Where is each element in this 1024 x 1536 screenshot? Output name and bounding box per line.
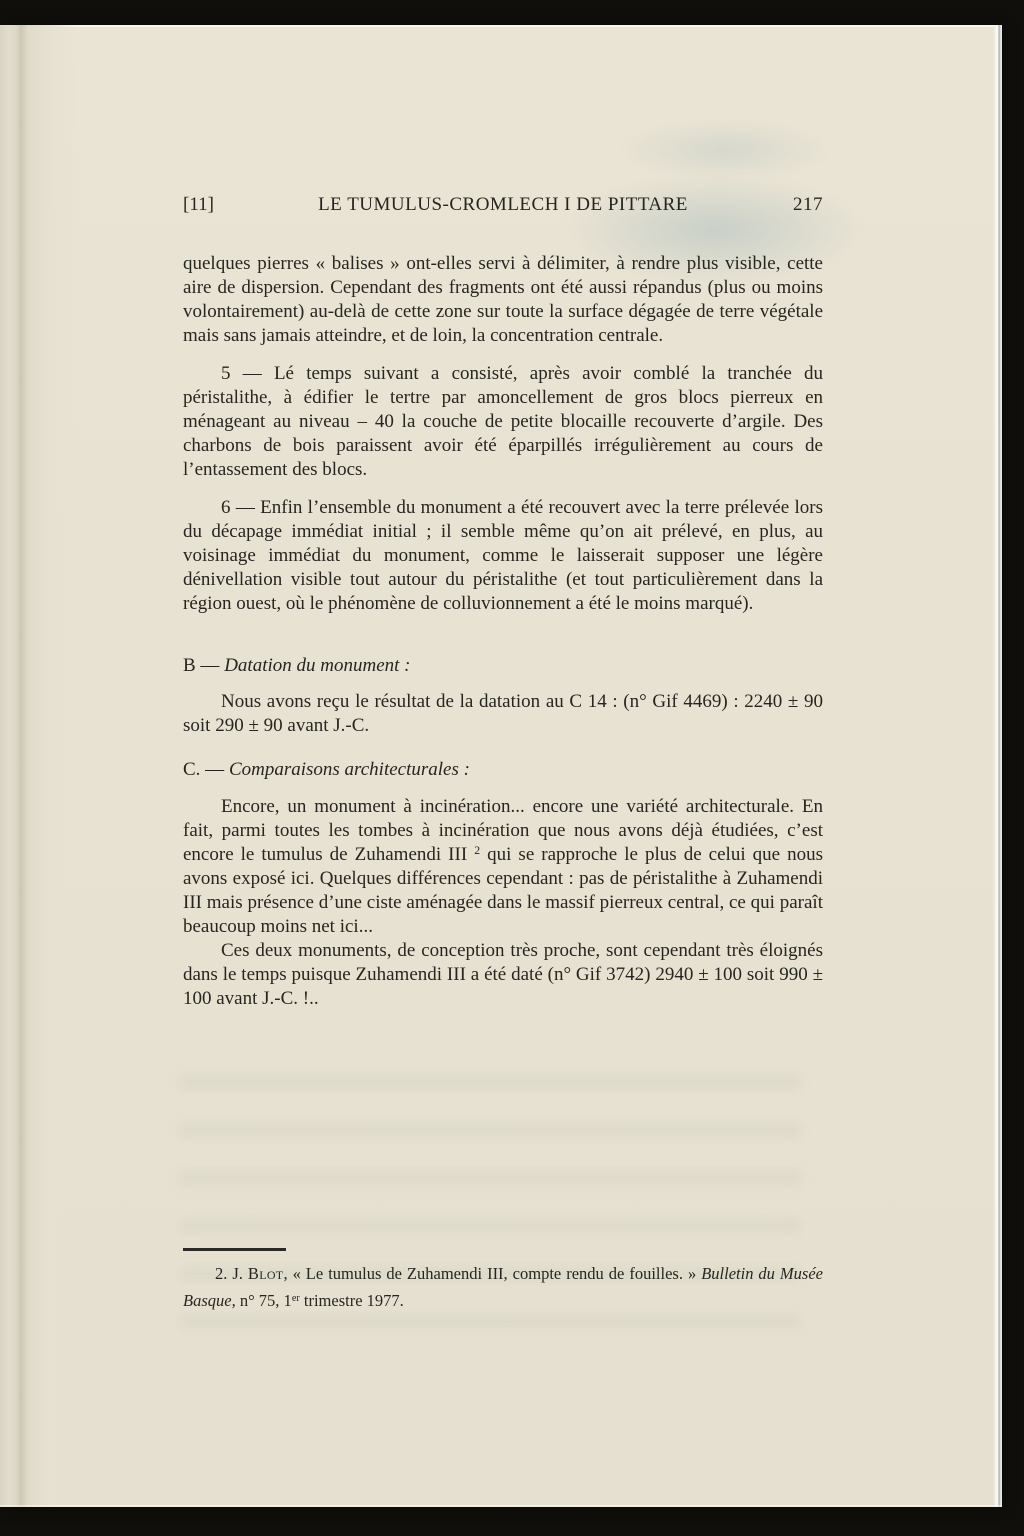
footnote-author: Blot xyxy=(248,1264,284,1283)
page-gutter-shadow xyxy=(0,25,80,1507)
paragraph-step-6: 6 — Enfin l’ensemble du monument a été r… xyxy=(183,496,823,616)
section-c-label: C. — xyxy=(183,759,229,780)
page-right-edge xyxy=(993,25,1002,1507)
footnote-block: 2. J. Blot, « Le tumulus de Zuhamendi II… xyxy=(183,1248,823,1314)
section-b-label: B — xyxy=(183,655,224,676)
section-c-heading: C. — Comparaisons architecturales : xyxy=(183,758,823,782)
footnote-text: 2. J. Blot, « Le tumulus de Zuhamendi II… xyxy=(183,1260,823,1314)
paragraph-step-5: 5 — Lé temps suivant a consisté, après a… xyxy=(183,362,823,482)
footnote-date: trimestre 1977. xyxy=(300,1291,404,1310)
book-page: [11] LE TUMULUS-CROMLECH I DE PITTARE 21… xyxy=(0,25,1002,1507)
section-b-heading: B — Datation du monument : xyxy=(183,654,823,678)
footnote-citation: , « Le tumulus de Zuhamendi III, compte … xyxy=(283,1264,701,1283)
paragraph-section-b: Nous avons reçu le résultat de la datati… xyxy=(183,690,823,738)
paragraph-continuation: quelques pierres « balises » ont-elles s… xyxy=(183,252,823,348)
paragraph-section-c-1: Encore, un monument à incinération... en… xyxy=(183,795,823,939)
ink-bleed-ghost xyxy=(620,120,830,180)
text-block: [11] LE TUMULUS-CROMLECH I DE PITTARE 21… xyxy=(183,193,823,1011)
book-scan-photo: [11] LE TUMULUS-CROMLECH I DE PITTARE 21… xyxy=(0,0,1024,1536)
section-b-title: Datation du monument : xyxy=(224,655,410,676)
footnote-issue: n° 75, 1 xyxy=(236,1291,292,1310)
footnote-separator-rule xyxy=(183,1248,286,1251)
paragraph-section-c-2: Ces deux monuments, de conception très p… xyxy=(183,939,823,1011)
section-c-title: Comparaisons architecturales : xyxy=(229,759,470,780)
margin-reference-number: [11] xyxy=(183,193,214,217)
ordinal-superscript: er xyxy=(292,1293,300,1304)
running-header: [11] LE TUMULUS-CROMLECH I DE PITTARE 21… xyxy=(183,193,823,217)
chapter-title: LE TUMULUS-CROMLECH I DE PITTARE xyxy=(318,194,688,215)
footnote-number: 2. J. xyxy=(215,1264,248,1283)
page-number: 217 xyxy=(793,193,823,217)
